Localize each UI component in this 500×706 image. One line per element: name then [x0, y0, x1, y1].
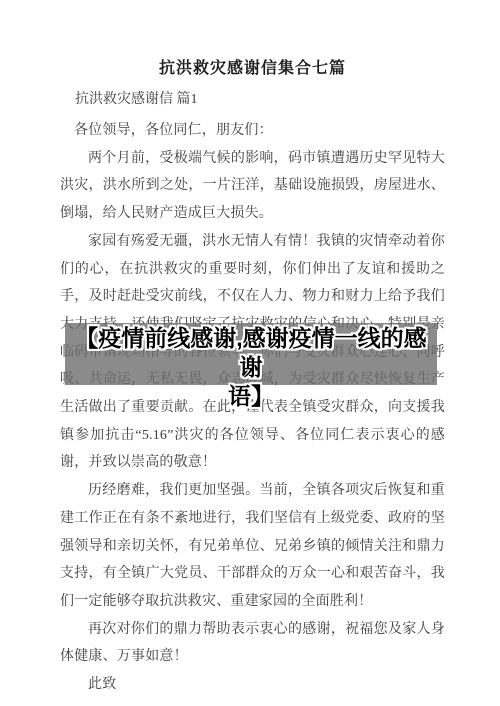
salutation: 各位领导，各位同仁，朋友们：: [60, 117, 445, 145]
watermark-text: 【疫情前线感谢,感谢疫情一线的感谢 语】: [65, 324, 437, 411]
watermark-text-line2: 语】: [65, 382, 437, 411]
document-title: 抗洪救灾感谢信集合七篇: [60, 56, 445, 82]
closing-salute: 此致: [60, 671, 445, 699]
paragraph-disaster-description: 两个月前，受极端气候的影响，码市镇遭遇历史罕见特大洪灾，洪水所到之处，一片汪洋，…: [60, 145, 445, 228]
paragraph-wishes: 再次对你们的鼎力帮助表示衷心的感谢，祝福您及家人身体健康、万事如意！: [60, 616, 445, 671]
watermark-text-line1: 【疫情前线感谢,感谢疫情一线的感谢: [65, 324, 437, 382]
section-heading: 抗洪救灾感谢信 篇1: [60, 89, 445, 111]
paragraph-rebuilding: 历经磨难，我们更加坚强。当前，全镇各项灾后恢复和重建工作正在有条不紊地进行，我们…: [60, 477, 445, 616]
document-page: 抗洪救灾感谢信集合七篇 抗洪救灾感谢信 篇1 各位领导，各位同仁，朋友们： 两个…: [0, 0, 500, 706]
watermark-overlay: 【疫情前线感谢,感谢疫情一线的感谢 语】: [65, 323, 437, 385]
